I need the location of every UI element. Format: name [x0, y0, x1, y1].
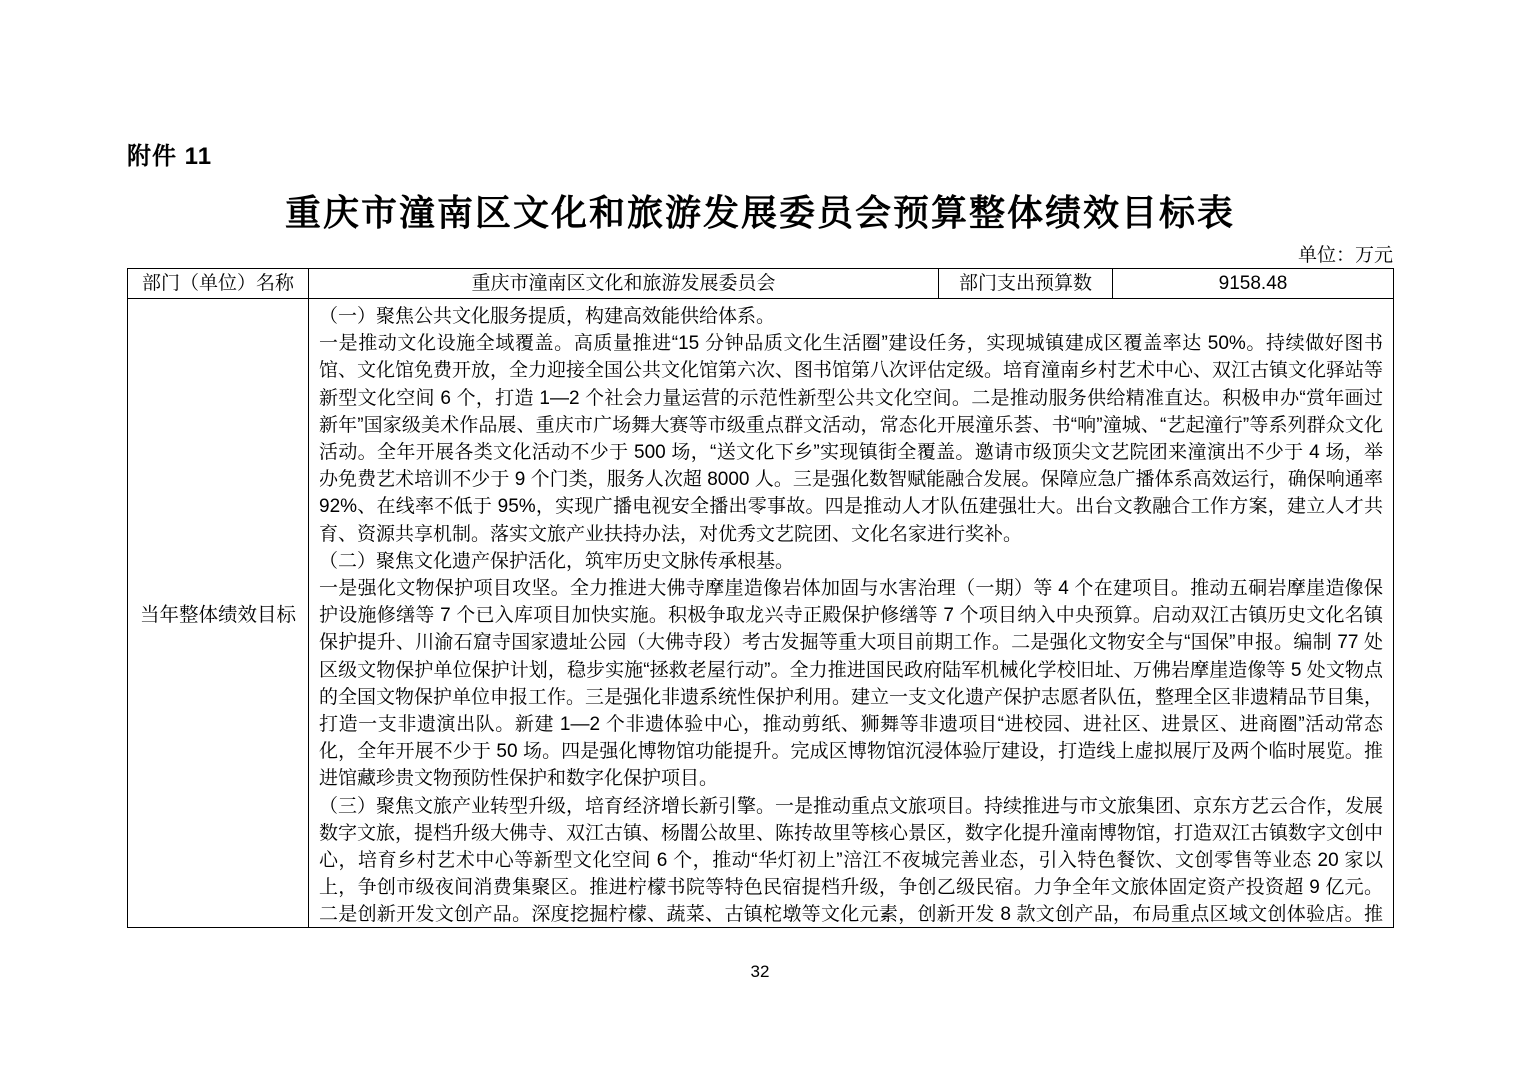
goal-paragraph-4: 一是强化文物保护项目攻坚。全力推进大佛寺摩崖造像岩体加固与水害治理（一期）等 4… [319, 575, 1383, 793]
budget-amount-label: 部门支出预算数 [939, 269, 1113, 299]
dept-name-label: 部门（单位）名称 [128, 269, 309, 299]
goal-paragraph-2: 一是推动文化设施全域覆盖。高质量推进“15 分钟品质文化生活圈”建设任务，实现城… [319, 330, 1383, 548]
budget-performance-table: 部门（单位）名称 重庆市潼南区文化和旅游发展委员会 部门支出预算数 9158.4… [127, 268, 1394, 928]
unit-note: 单位：万元 [1298, 240, 1393, 267]
table-header-row: 部门（单位）名称 重庆市潼南区文化和旅游发展委员会 部门支出预算数 9158.4… [128, 269, 1394, 299]
budget-amount-value: 9158.48 [1113, 269, 1394, 299]
goal-row-label: 当年整体绩效目标 [128, 299, 309, 928]
document-page: 附件 11 重庆市潼南区文化和旅游发展委员会预算整体绩效目标表 单位：万元 部门… [0, 0, 1520, 1074]
goal-content-cell: （一）聚焦公共文化服务提质，构建高效能供给体系。 一是推动文化设施全域覆盖。高质… [309, 299, 1394, 928]
page-title: 重庆市潼南区文化和旅游发展委员会预算整体绩效目标表 [0, 185, 1520, 236]
goal-row: 当年整体绩效目标 （一）聚焦公共文化服务提质，构建高效能供给体系。 一是推动文化… [128, 299, 1394, 928]
goal-paragraph-1: （一）聚焦公共文化服务提质，构建高效能供给体系。 [319, 303, 1383, 330]
goal-content: （一）聚焦公共文化服务提质，构建高效能供给体系。 一是推动文化设施全域覆盖。高质… [309, 299, 1393, 927]
attachment-label: 附件 11 [127, 136, 212, 171]
dept-name-value: 重庆市潼南区文化和旅游发展委员会 [309, 269, 939, 299]
page-number: 32 [0, 962, 1520, 982]
goal-paragraph-5: （三）聚焦文旅产业转型升级，培育经济增长新引擎。一是推动重点文旅项目。持续推进与… [319, 793, 1383, 927]
goal-paragraph-3: （二）聚焦文化遗产保护活化，筑牢历史文脉传承根基。 [319, 548, 1383, 575]
